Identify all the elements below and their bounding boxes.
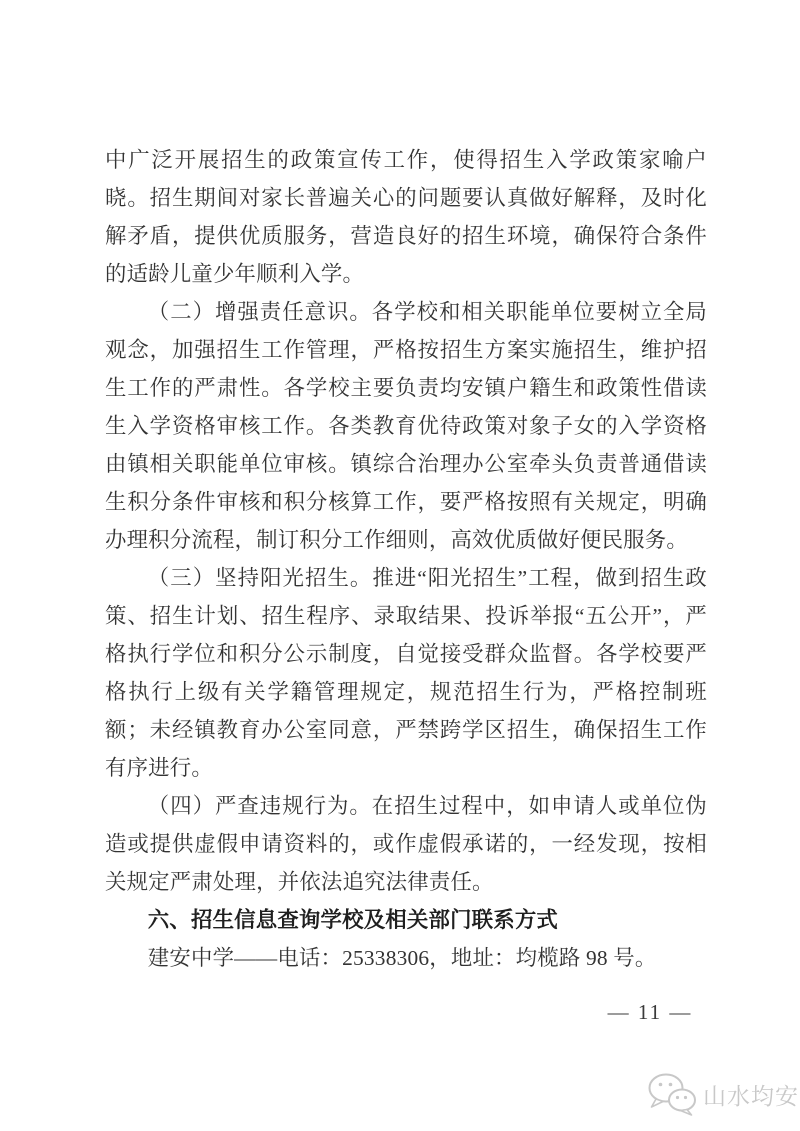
watermark: 山水均安: [646, 1072, 799, 1116]
contact-line: 建安中学——电话：25338306，地址：均榄路 98 号。: [105, 939, 707, 977]
paragraph-item-3: （三）坚持阳光招生。推进“阳光招生”工程，做到招生政策、招生计划、招生程序、录取…: [105, 559, 707, 787]
paragraph-continuation: 中广泛开展招生的政策宣传工作，使得招生入学政策家喻户晓。招生期间对家长普遍关心的…: [105, 141, 707, 293]
wechat-icon: [646, 1072, 698, 1116]
section-heading: 六、招生信息查询学校及相关部门联系方式: [105, 901, 707, 939]
document-page: 中广泛开展招生的政策宣传工作，使得招生入学政策家喻户晓。招生期间对家长普遍关心的…: [0, 0, 800, 1131]
paragraph-item-4: （四）严查违规行为。在招生过程中，如申请人或单位伪造或提供虚假申请资料的，或作虚…: [105, 787, 707, 901]
paragraph-item-2: （二）增强责任意识。各学校和相关职能单位要树立全局观念，加强招生工作管理，严格按…: [105, 293, 707, 559]
page-number: — 11 —: [600, 1000, 700, 1025]
document-body: 中广泛开展招生的政策宣传工作，使得招生入学政策家喻户晓。招生期间对家长普遍关心的…: [105, 141, 707, 977]
watermark-label: 山水均安: [703, 1078, 799, 1111]
